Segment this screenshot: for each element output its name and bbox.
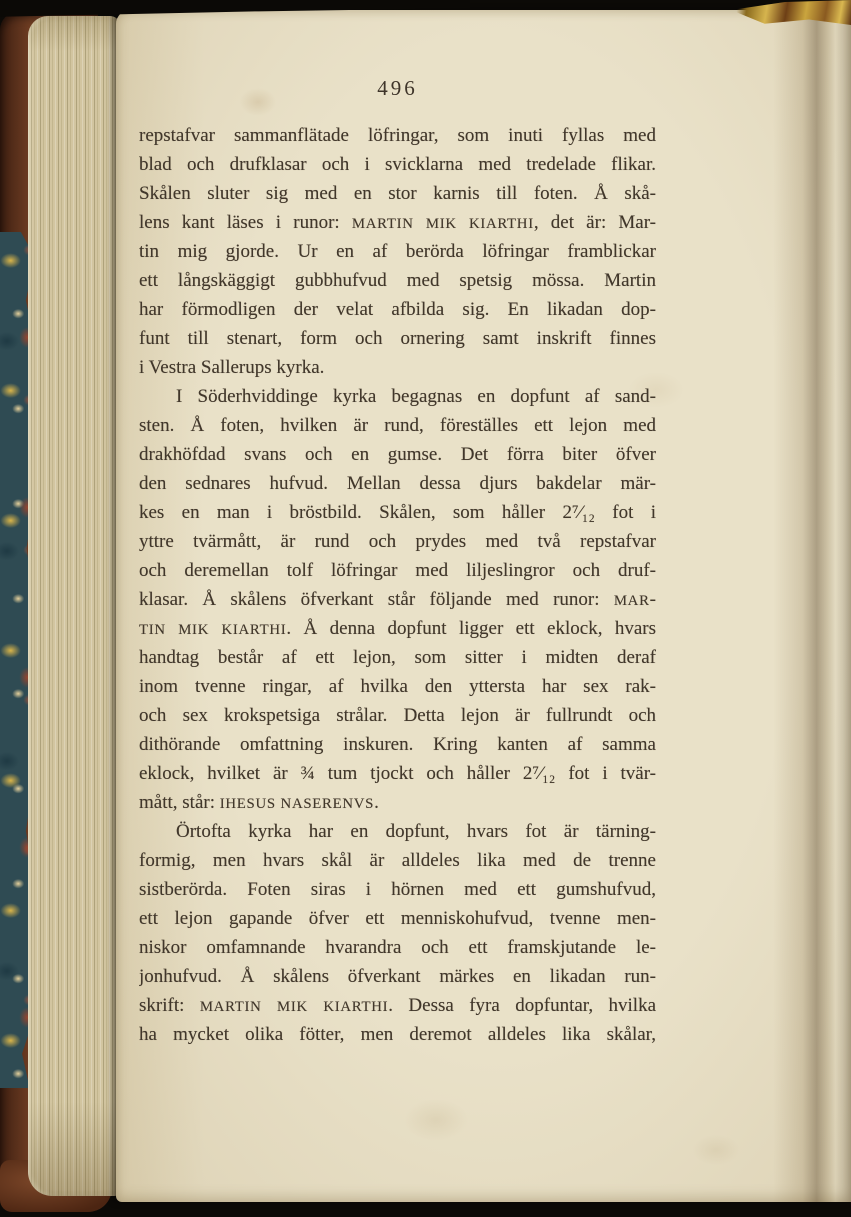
text-line: och deremellan tolf löfringar med liljes…: [139, 556, 656, 585]
runic-inscription-smallcaps: NASERENVS: [281, 796, 375, 812]
text-line: eklock, hvilket är ¾ tum tjockt och håll…: [139, 759, 656, 788]
text-line: drakhöfdad svans och en gumse. Det förra…: [139, 440, 656, 469]
text-line: Örtofta kyrka har en dopfunt, hvars fot …: [139, 817, 656, 846]
text-line: ha mycket olika fötter, men deremot alld…: [139, 1020, 656, 1049]
runic-inscription-smallcaps: KIARTHI: [469, 216, 534, 232]
text-line: blad och drufklasar och i svicklarna med…: [139, 150, 656, 179]
text-line: TIN MIK KIARTHI. Å denna dopfunt ligger …: [139, 614, 656, 643]
text-line: sten. Å foten, hvilken är rund, förestäl…: [139, 411, 656, 440]
text-line: formig, men hvars skål är alldeles lika …: [139, 846, 656, 875]
page-edges-stack: [28, 16, 120, 1196]
runic-inscription-smallcaps: MARTIN: [352, 216, 414, 232]
runic-inscription-smallcaps: MAR: [614, 593, 650, 609]
text-line: inom tvenne ringar, af hvilka den ytters…: [139, 672, 656, 701]
page-number: 496: [139, 76, 656, 101]
runic-inscription-smallcaps: MIK: [426, 216, 457, 232]
text-line: klasar. Å skålens öfverkant står följand…: [139, 585, 656, 614]
runic-inscription-smallcaps: IHESUS: [220, 796, 276, 812]
text-line: funt till stenart, form och ornering sam…: [139, 324, 656, 353]
text-line: handtag består af ett lejon, som sitter …: [139, 643, 656, 672]
runic-inscription-smallcaps: KIARTHI: [222, 622, 287, 638]
runic-inscription-smallcaps: MIK: [277, 999, 308, 1015]
text-line: skrift: MARTIN MIK KIARTHI. Dessa fyra d…: [139, 991, 656, 1020]
runic-inscription-smallcaps: MIK: [178, 622, 209, 638]
text-line: och sex krokspetsiga strålar. Detta lejo…: [139, 701, 656, 730]
gutter-shadow: [773, 10, 851, 1202]
text-line: sistberörda. Foten siras i hörnen med et…: [139, 875, 656, 904]
text-line: kes en man i bröstbild. Skålen, som håll…: [139, 498, 656, 527]
text-line: Skålen sluter sig med en stor karnis til…: [139, 179, 656, 208]
text-line: den sednares hufvud. Mellan dessa djurs …: [139, 469, 656, 498]
book-scan: 496 repstafvar sammanflätade löfringar, …: [0, 0, 851, 1217]
runic-inscription-smallcaps: MARTIN: [200, 999, 262, 1015]
text-line: ett långskäggigt gubbhufvud med spetsig …: [139, 266, 656, 295]
text-line: yttre tvärmått, är rund och prydes med t…: [139, 527, 656, 556]
text-block: repstafvar sammanflätade löfringar, som …: [139, 121, 656, 1049]
text-line: jonhufvud. Å skålens öfverkant märkes en…: [139, 962, 656, 991]
runic-inscription-smallcaps: KIARTHI: [323, 999, 388, 1015]
text-line: niskor omfamnande hvarandra och ett fram…: [139, 933, 656, 962]
text-line: mått, står: IHESUS NASERENVS.: [139, 788, 656, 817]
text-line: dithörande omfattning inskuren. Kring ka…: [139, 730, 656, 759]
runic-inscription-smallcaps: TIN: [139, 622, 166, 638]
text-line: repstafvar sammanflätade löfringar, som …: [139, 121, 656, 150]
text-line: har förmodligen der velat afbilda sig. E…: [139, 295, 656, 324]
text-line: ett lejon gapande öfver ett menniskohufv…: [139, 904, 656, 933]
text-line: I Söderhviddinge kyrka begagnas en dopfu…: [139, 382, 656, 411]
text-line: i Vestra Sallerups kyrka.: [139, 353, 656, 382]
text-line: lens kant läses i runor: MARTIN MIK KIAR…: [139, 208, 656, 237]
text-line: tin mig gjorde. Ur en af berörda löfring…: [139, 237, 656, 266]
